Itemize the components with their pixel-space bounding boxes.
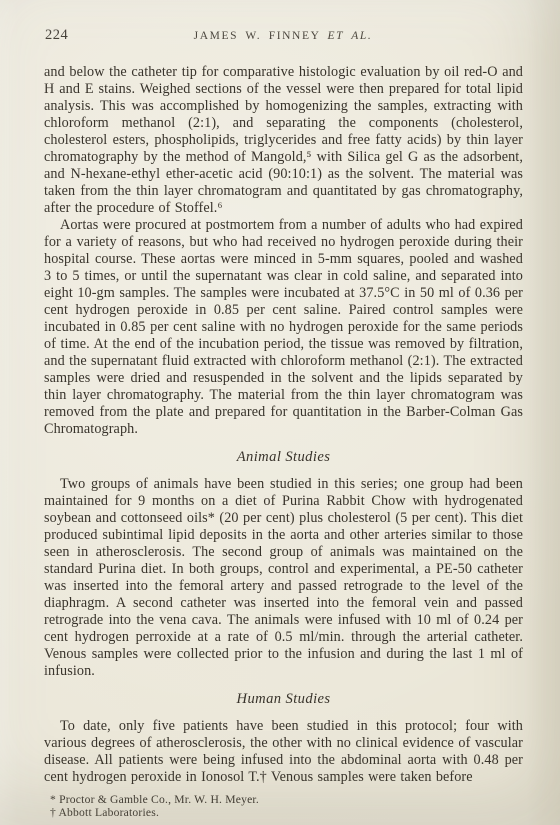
page-number: 224 <box>45 27 68 44</box>
paragraph-methods-continuation: and below the catheter tip for comparati… <box>44 64 523 217</box>
paragraph-aortas-procedure: Aortas were procured at postmortem from … <box>44 217 523 438</box>
page-body: and below the catheter tip for comparati… <box>44 64 523 819</box>
running-header: 224 JAMES W. FINNEY ET AL. <box>44 27 522 45</box>
scanned-paper-page: 224 JAMES W. FINNEY ET AL. and below the… <box>0 0 560 825</box>
paragraph-human-studies: To date, only five patients have been st… <box>44 718 523 786</box>
footnotes-block: * Proctor & Gamble Co., Mr. W. H. Meyer.… <box>44 793 523 819</box>
running-head-authors: JAMES W. FINNEY <box>194 30 320 42</box>
section-heading-animal-studies: Animal Studies <box>44 449 523 466</box>
footnote-proctor-gamble: * Proctor & Gamble Co., Mr. W. H. Meyer. <box>44 793 523 806</box>
running-head: JAMES W. FINNEY ET AL. <box>44 27 522 42</box>
section-heading-human-studies: Human Studies <box>44 691 523 708</box>
paragraph-animal-studies: Two groups of animals have been studied … <box>44 476 523 680</box>
running-head-etal: ET AL. <box>328 30 373 42</box>
footnote-abbott-laboratories: † Abbott Laboratories. <box>44 806 523 819</box>
